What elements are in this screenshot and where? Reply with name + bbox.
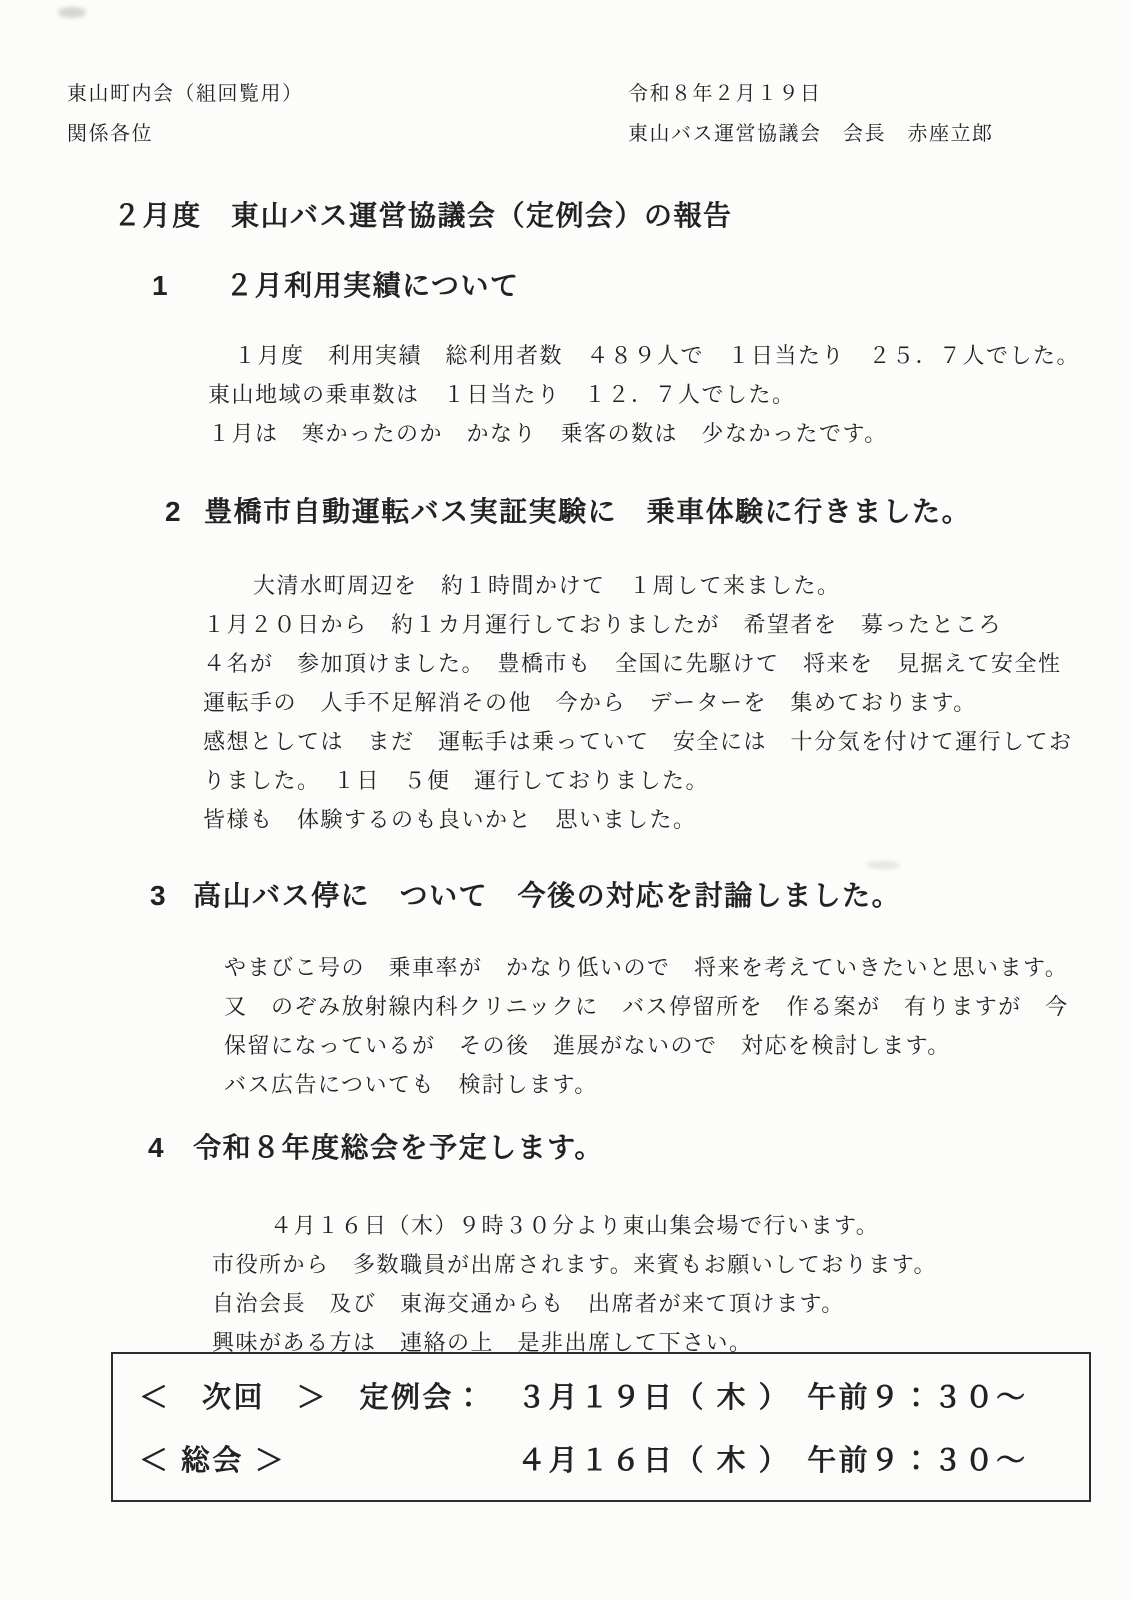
body-line: 保留になっているが その後 進展がないので 対応を検討します。 — [224, 1026, 1131, 1065]
section-body: やまびこ号の 乗車率が かなり低いので 将来を考えていきたいと思います。 又 の… — [0, 948, 1131, 1104]
notice-label: ＜ 総会 ＞ — [139, 1438, 517, 1479]
section-number: 1 — [152, 270, 169, 302]
notice-datetime: ３月１９日（ 木 ） 午前９：３０～ — [517, 1375, 1028, 1416]
section-body: 大清水町周辺を 約１時間かけて １周して来ました。 １月２０日から 約１カ月運行… — [0, 566, 1131, 839]
section-heading: 1 ２月利用実績について — [0, 264, 1131, 304]
section-monthly-usage: 1 ２月利用実績について １月度 利用実績 総利用者数 ４８９人で １日当たり … — [0, 264, 1131, 453]
document-date: 令和８年２月１９日 — [628, 74, 994, 114]
notice-row-next-regular-meeting: ＜ 次回 ＞ 定例会： ３月１９日（ 木 ） 午前９：３０～ — [139, 1375, 1089, 1416]
section-autonomous-bus: 2 豊橋市自動運転バス実証実験に 乗車体験に行きました。 大清水町周辺を 約１時… — [0, 490, 1131, 839]
notice-row-general-assembly: ＜ 総会 ＞ ４月１６日（ 木 ） 午前９：３０～ — [139, 1438, 1089, 1479]
body-line: ４名が 参加頂けました。 豊橋市も 全国に先駆けて 将来を 見据えて安全性 — [203, 644, 1131, 683]
body-line: 感想としては まだ 運転手は乗っていて 安全には 十分気を付けて運行してお — [203, 722, 1131, 761]
body-line: 自治会長 及び 東海交通からも 出席者が来て頂けます。 — [212, 1284, 1131, 1323]
header-recipient: 東山町内会（組回覧用） 関係各位 — [67, 74, 304, 154]
notice-datetime: ４月１６日（ 木 ） 午前９：３０～ — [517, 1438, 1028, 1479]
section-body: ４月１６日（木）９時３０分より東山集会場で行います。 市役所から 多数職員が出席… — [0, 1206, 1131, 1362]
section-general-meeting: 4 令和８年度総会を予定します。 ４月１６日（木）９時３０分より東山集会場で行い… — [0, 1126, 1131, 1362]
scanned-document-page: 東山町内会（組回覧用） 関係各位 令和８年２月１９日 東山バス運営協議会 会長 … — [0, 0, 1131, 1600]
body-line: やまびこ号の 乗車率が かなり低いので 将来を考えていきたいと思います。 — [224, 948, 1131, 987]
section-heading-text: ２月利用実績について — [225, 264, 519, 304]
issuer-name: 東山バス運営協議会 会長 赤座立郎 — [628, 114, 994, 154]
scan-smudge — [866, 861, 900, 869]
scan-smudge — [58, 7, 86, 18]
body-line: バス広告についても 検討します。 — [224, 1065, 1131, 1104]
section-heading: 2 豊橋市自動運転バス実証実験に 乗車体験に行きました。 — [0, 490, 1131, 530]
body-line: 東山地域の乗車数は １日当たり １２．７人でした。 — [208, 375, 1131, 414]
document-title: ２月度 東山バス運営協議会（定例会）の報告 — [113, 194, 733, 234]
section-heading: 4 令和８年度総会を予定します。 — [0, 1126, 1131, 1166]
body-line: 皆様も 体験するのも良いかと 思いました。 — [203, 800, 1131, 839]
recipient-line: 関係各位 — [67, 114, 304, 154]
next-meeting-notice-box: ＜ 次回 ＞ 定例会： ３月１９日（ 木 ） 午前９：３０～ ＜ 総会 ＞ ４月… — [111, 1352, 1091, 1502]
notice-label: ＜ 次回 ＞ 定例会： — [139, 1375, 517, 1416]
section-heading-text: 高山バス停に ついて 今後の対応を討論しました。 — [193, 874, 901, 914]
section-number: 2 — [165, 496, 182, 528]
body-line: ４月１６日（木）９時３０分より東山集会場で行います。 — [212, 1206, 1131, 1245]
section-takayama-bus-stop: 3 高山バス停に ついて 今後の対応を討論しました。 やまびこ号の 乗車率が か… — [0, 874, 1131, 1104]
section-heading-text: 令和８年度総会を予定します。 — [193, 1126, 604, 1166]
body-line: 又 のぞみ放射線内科クリニックに バス停留所を 作る案が 有りますが 今 — [224, 987, 1131, 1026]
recipient-line: 東山町内会（組回覧用） — [67, 74, 304, 114]
body-line: りました。 １日 ５便 運行しておりました。 — [203, 761, 1131, 800]
body-line: 大清水町周辺を 約１時間かけて １周して来ました。 — [203, 566, 1131, 605]
section-number: 3 — [150, 880, 167, 912]
section-heading-text: 豊橋市自動運転バス実証実験に 乗車体験に行きました。 — [204, 490, 971, 530]
section-number: 4 — [148, 1132, 165, 1164]
body-line: 市役所から 多数職員が出席されます。来賓もお願いしております。 — [212, 1245, 1131, 1284]
body-line: 運転手の 人手不足解消その他 今から データーを 集めております。 — [203, 683, 1131, 722]
section-heading: 3 高山バス停に ついて 今後の対応を討論しました。 — [0, 874, 1131, 914]
body-line: １月は 寒かったのか かなり 乗客の数は 少なかったです。 — [208, 414, 1131, 453]
body-line: １月度 利用実績 総利用者数 ４８９人で １日当たり ２５．７人でした。 — [208, 336, 1131, 375]
body-line: １月２０日から 約１カ月運行しておりましたが 希望者を 募ったところ — [203, 605, 1131, 644]
header-issuer-block: 令和８年２月１９日 東山バス運営協議会 会長 赤座立郎 — [628, 74, 994, 154]
section-body: １月度 利用実績 総利用者数 ４８９人で １日当たり ２５．７人でした。 東山地… — [0, 336, 1131, 453]
